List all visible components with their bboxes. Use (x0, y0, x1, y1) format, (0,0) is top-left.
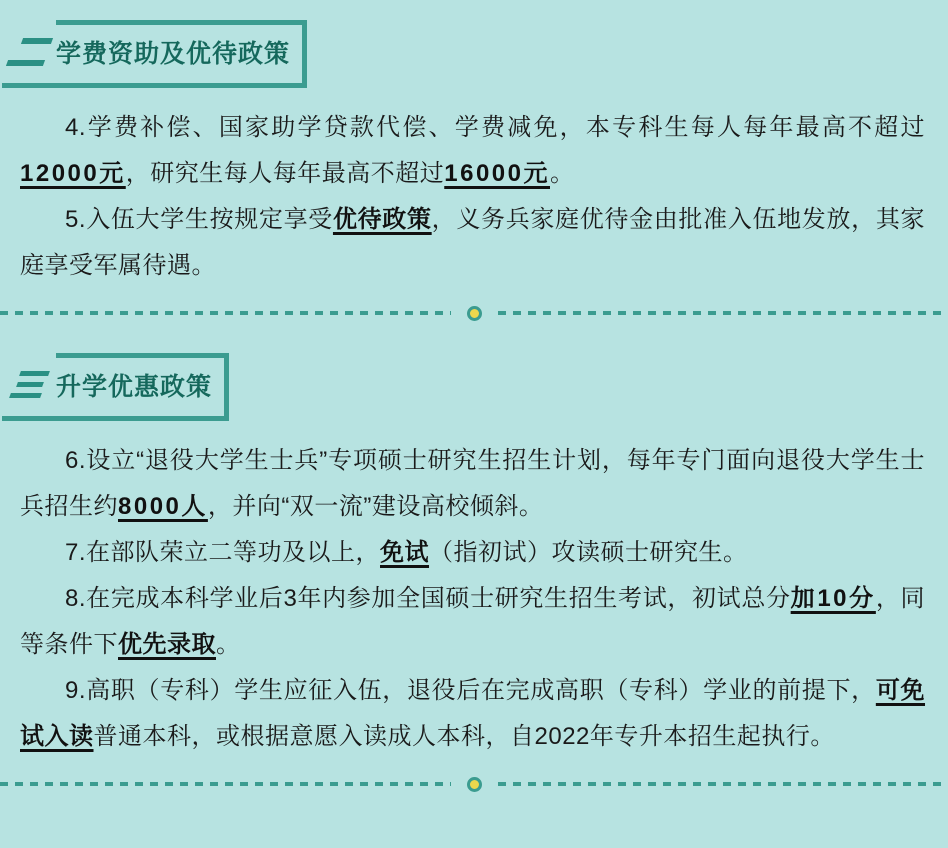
body-text: 。 (550, 160, 575, 187)
document-body: 学费资助及优待政策4.学费补偿、国家助学贷款代偿、学费减免，本专科生每人每年最高… (0, 0, 948, 848)
section-title: 学费资助及优待政策 (56, 34, 290, 70)
numeral-stroke (20, 38, 52, 44)
body-text: 普通本科，或根据意愿入读成人本科，自2022年专升本招生起执行。 (94, 723, 835, 750)
paragraph: 9.高职（专科）学生应征入伍，退役后在完成高职（专科）学业的前提下，可免试入读普… (20, 668, 925, 760)
paragraph: 6.设立“退役大学生士兵”专项硕士研究生招生计划，每年专门面向退役大学生士兵招生… (20, 438, 925, 530)
body-text: ，并向“双一流”建设高校倾斜。 (208, 493, 543, 520)
body-text: ，研究生每人每年最高不超过 (126, 160, 445, 187)
numeral-stroke (5, 60, 44, 66)
section-badge: 学费资助及优待政策 (2, 20, 307, 88)
section-divider (0, 305, 948, 321)
section-title: 升学优惠政策 (56, 367, 212, 403)
paragraph: 5.入伍大学生按规定享受优待政策，义务兵家庭优待金由批准入伍地发放，其家庭享受军… (20, 197, 925, 289)
divider-dot-icon (467, 777, 482, 792)
paragraph: 4.学费补偿、国家助学贷款代偿、学费减免，本专科生每人每年最高不超过12000元… (20, 105, 925, 197)
divider-dot-icon (467, 306, 482, 321)
divider-dash-left (0, 782, 451, 786)
emphasis-text: 优先录取 (118, 631, 216, 658)
body-text: 8.在完成本科学业后3年内参加全国硕士研究生招生考试，初试总分 (65, 585, 791, 612)
body-text: 9.高职（专科）学生应征入伍，退役后在完成高职（专科）学业的前提下， (65, 677, 876, 704)
emphasis-text: 16000元 (444, 160, 550, 187)
numeral-two-icon (5, 38, 52, 66)
numeral-stroke (19, 371, 50, 376)
numeral-wrap (2, 38, 56, 66)
emphasis-text: 免试 (380, 539, 429, 566)
section-divider (0, 776, 948, 792)
body-text: 5.入伍大学生按规定享受 (65, 206, 333, 233)
body-text: 7.在部队荣立二等功及以上， (65, 539, 380, 566)
emphasis-text: 加10分 (791, 585, 876, 612)
emphasis-text: 8000人 (118, 493, 208, 520)
numeral-wrap (2, 371, 56, 398)
section-paragraphs: 6.设立“退役大学生士兵”专项硕士研究生招生计划，每年专门面向退役大学生士兵招生… (20, 438, 925, 760)
divider-dash-right (498, 311, 948, 315)
section-badge: 升学优惠政策 (2, 353, 229, 421)
section-paragraphs: 4.学费补偿、国家助学贷款代偿、学费减免，本专科生每人每年最高不超过12000元… (20, 105, 925, 289)
numeral-stroke (15, 382, 43, 387)
policy-section: 升学优惠政策6.设立“退役大学生士兵”专项硕士研究生招生计划，每年专门面向退役大… (0, 353, 948, 760)
paragraph: 8.在完成本科学业后3年内参加全国硕士研究生招生考试，初试总分加10分，同等条件… (20, 576, 925, 668)
numeral-stroke (9, 393, 42, 398)
body-text: 。 (216, 631, 241, 658)
body-text: （指初试）攻读硕士研究生。 (429, 539, 748, 566)
divider-dash-right (498, 782, 948, 786)
numeral-three-icon (9, 371, 50, 398)
section-badge-row: 学费资助及优待政策 (0, 20, 948, 88)
emphasis-text: 12000元 (20, 160, 126, 187)
divider-dash-left (0, 311, 451, 315)
body-text: 4.学费补偿、国家助学贷款代偿、学费减免，本专科生每人每年最高不超过 (65, 114, 925, 141)
policy-section: 学费资助及优待政策4.学费补偿、国家助学贷款代偿、学费减免，本专科生每人每年最高… (0, 20, 948, 289)
paragraph: 7.在部队荣立二等功及以上，免试（指初试）攻读硕士研究生。 (20, 530, 925, 576)
section-badge-row: 升学优惠政策 (0, 353, 948, 421)
emphasis-text: 优待政策 (333, 206, 432, 233)
